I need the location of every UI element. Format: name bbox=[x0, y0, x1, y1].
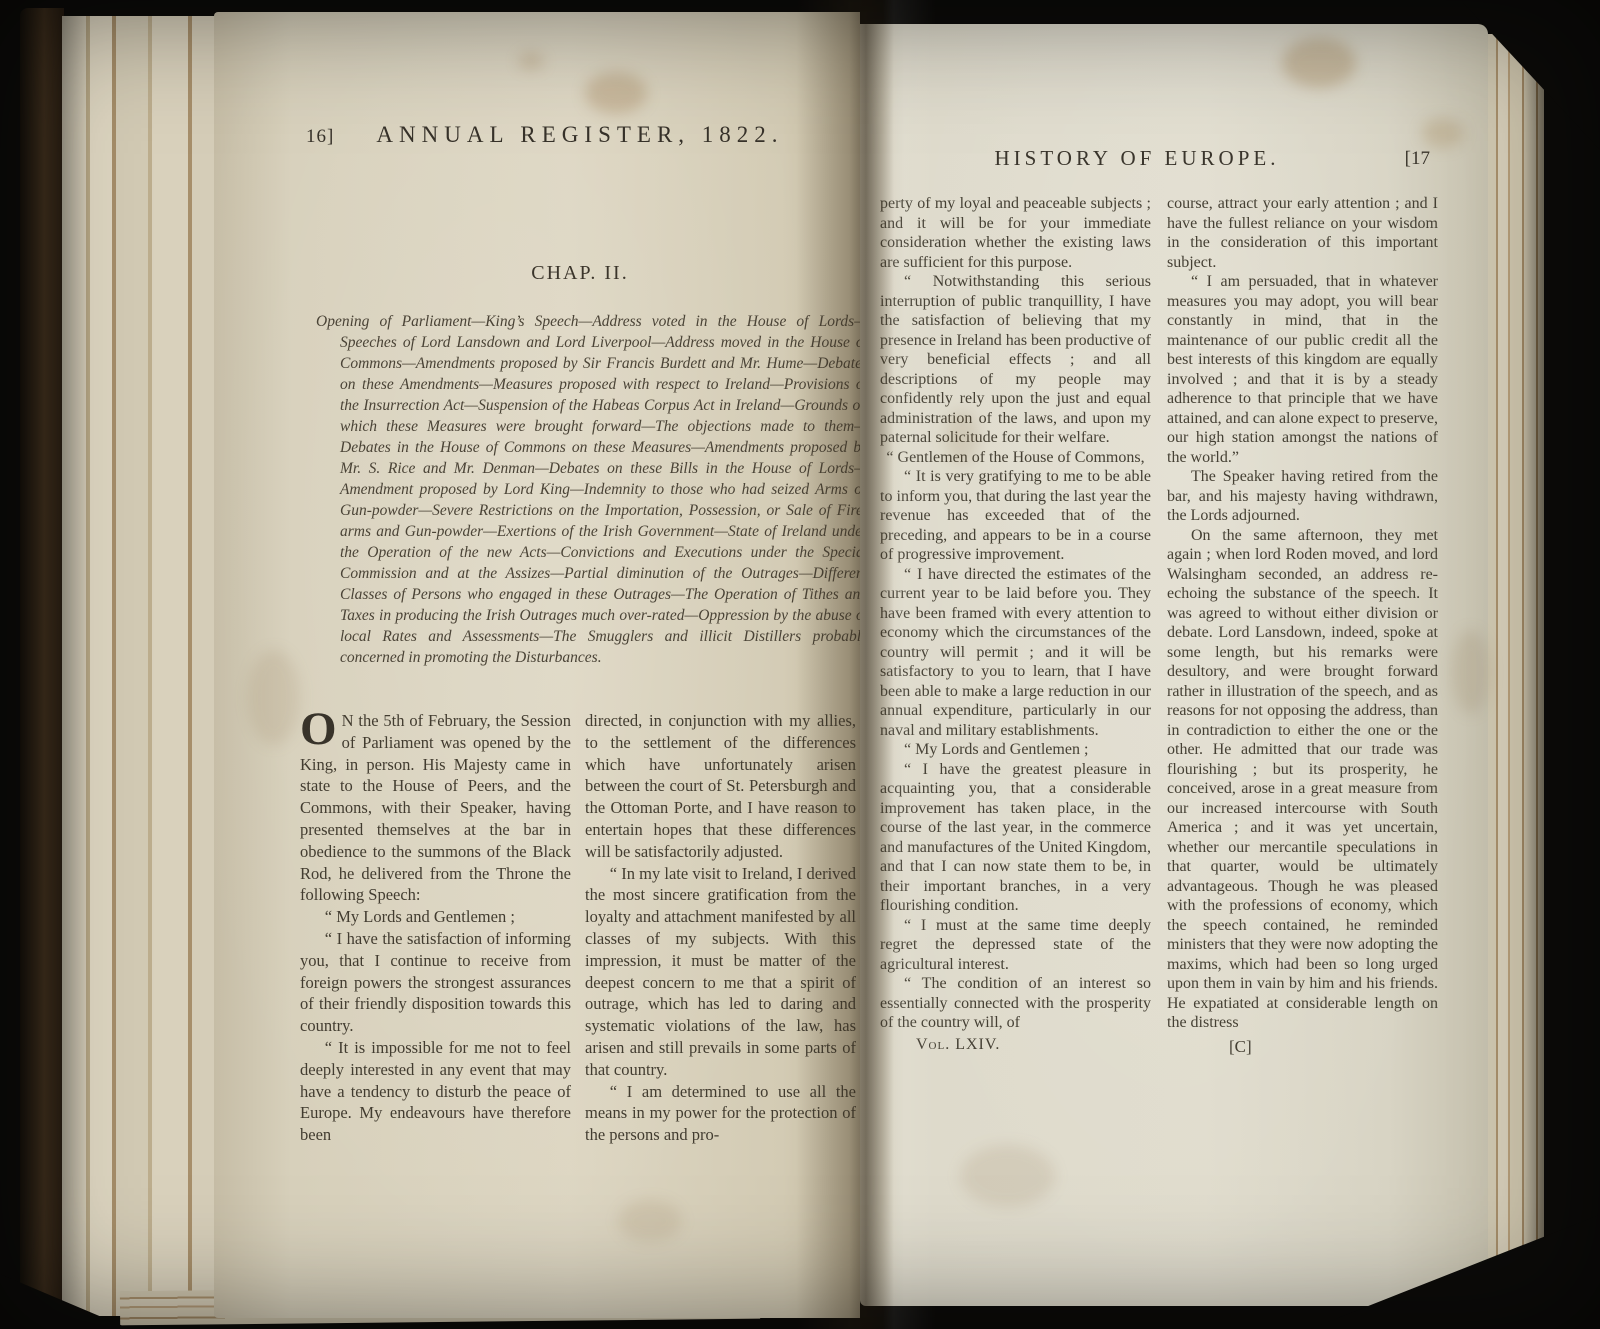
chapter-summary: Opening of Parliament—King’s Speech—Addr… bbox=[316, 311, 868, 668]
right-page-number: [17 bbox=[1405, 148, 1430, 170]
paragraph: “ My Lords and Gentlemen ; bbox=[880, 740, 1151, 760]
left-page-edge-stack bbox=[62, 16, 216, 1316]
paragraph: The Speaker having retired from the bar,… bbox=[1167, 467, 1438, 526]
paragraph: “ In my late visit to Ireland, I derived… bbox=[585, 863, 856, 1081]
paragraph: On the same afternoon, they met again ; … bbox=[1167, 526, 1438, 1033]
left-page: 16] ANNUAL REGISTER, 1822. CHAP. II. Ope… bbox=[214, 12, 860, 1318]
paragraph: “ I am determined to use all the means i… bbox=[585, 1081, 856, 1146]
right-page-column-2: course, attract your early attention ; a… bbox=[1167, 194, 1438, 1056]
right-page: HISTORY OF EUROPE. [17 perty of my loyal… bbox=[860, 24, 1488, 1306]
book-photograph: { "colors": { "photo_background": "#0c0b… bbox=[0, 0, 1600, 1329]
paragraph: directed, in conjunction with my allies,… bbox=[585, 710, 856, 863]
paragraph: “ I have directed the estimates of the c… bbox=[880, 565, 1151, 741]
paragraph: “ I have the greatest pleasure in acquai… bbox=[880, 760, 1151, 916]
paragraph: “ Gentlemen of the House of Commons, bbox=[880, 448, 1151, 468]
paragraph: “ I must at the same time deeply regret … bbox=[880, 916, 1151, 975]
paragraph: “ Notwithstanding this serious interrupt… bbox=[880, 272, 1151, 448]
paragraph: “ The condition of an interest so essent… bbox=[880, 974, 1151, 1033]
paragraph: “ I have the satisfaction of informing y… bbox=[300, 928, 571, 1037]
paragraph: “ It is very gratifying to me to be able… bbox=[880, 467, 1151, 565]
chapter-heading: CHAP. II. bbox=[214, 262, 860, 285]
paragraph: course, attract your early attention ; a… bbox=[1167, 194, 1438, 272]
paragraph: “ My Lords and Gentlemen ; bbox=[300, 906, 571, 928]
paragraph: “ It is impossible for me not to feel de… bbox=[300, 1037, 571, 1146]
right-page-column-1: perty of my loyal and peaceable subjects… bbox=[880, 194, 1151, 1056]
paragraph: ON the 5th of February, the Session of P… bbox=[300, 710, 571, 906]
right-page-columns: perty of my loyal and peaceable subjects… bbox=[880, 194, 1438, 1056]
right-running-header: HISTORY OF EUROPE. bbox=[860, 146, 1488, 171]
left-page-columns: ON the 5th of February, the Session of P… bbox=[300, 710, 856, 1146]
volume-footer: Vol. LXIV. bbox=[880, 1035, 1151, 1055]
right-page-edge-stack bbox=[1488, 34, 1544, 1282]
paragraph: “ I am persuaded, that in whatever measu… bbox=[1167, 272, 1438, 467]
signature-mark: [C] bbox=[1167, 1037, 1438, 1057]
left-page-column-2: directed, in conjunction with my allies,… bbox=[585, 710, 856, 1146]
paragraph: perty of my loyal and peaceable subjects… bbox=[880, 194, 1151, 272]
book-cover-edge bbox=[20, 8, 64, 1316]
left-running-header: ANNUAL REGISTER, 1822. bbox=[214, 122, 860, 148]
left-page-column-1: ON the 5th of February, the Session of P… bbox=[300, 710, 571, 1146]
